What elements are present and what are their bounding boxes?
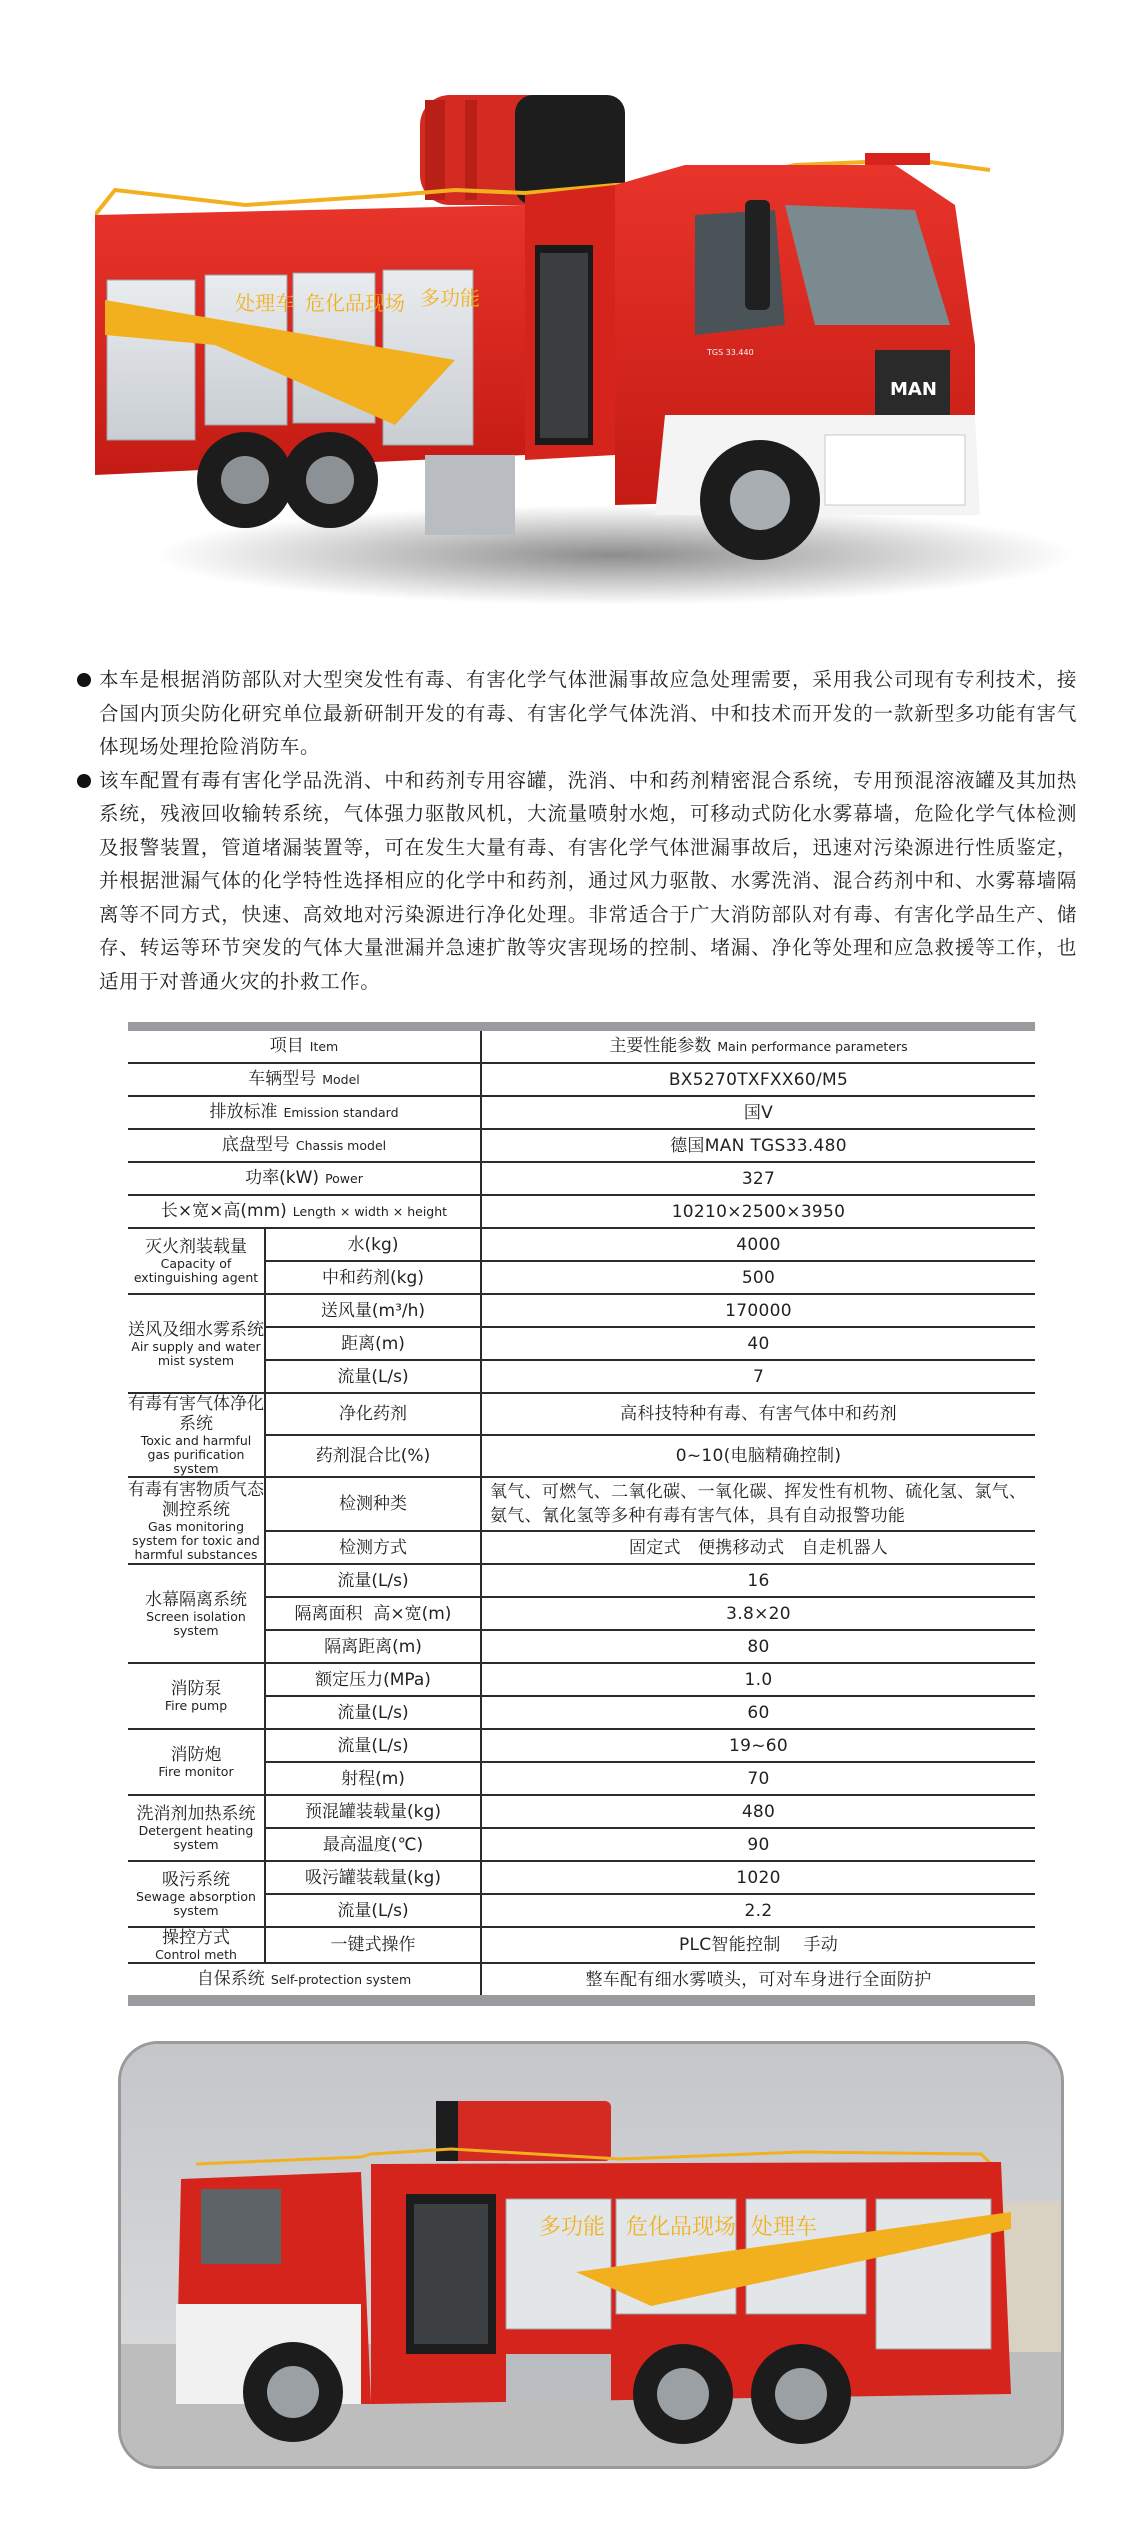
intro-paragraph-text: 该车配置有毒有害化学品洗消、中和药剂专用容罐，洗消、中和药剂精密混合系统，专用预… bbox=[99, 769, 1077, 993]
row-label-cn: 车辆型号 bbox=[248, 1069, 316, 1089]
row-label-en: Power bbox=[325, 1171, 363, 1186]
fire-truck-illustration: 处理车 危化品现场 多功能 MAN TGS 33.440 bbox=[95, 95, 1085, 605]
cab-badge: TGS 33.440 bbox=[706, 348, 754, 357]
table-row: 车辆型号Model BX5270TXFXX60/M5 bbox=[128, 1063, 1035, 1096]
row-label-en: Chassis model bbox=[296, 1138, 386, 1153]
sub-item: 药剂混合比(%) bbox=[265, 1435, 481, 1477]
bullet-icon bbox=[77, 774, 91, 788]
side-lettering: 处理车 bbox=[751, 2215, 817, 2240]
row-label-en: Length × width × height bbox=[293, 1204, 447, 1219]
group-label: 洗消剂加热系统Detergent heating system bbox=[128, 1795, 265, 1861]
sub-item: 流量(L/s) bbox=[265, 1696, 481, 1729]
row-value: 19~60 bbox=[481, 1729, 1035, 1762]
table-row: 送风及细水雾系统Air supply and water mist system… bbox=[128, 1294, 1035, 1327]
sub-item: 流量(L/s) bbox=[265, 1564, 481, 1597]
row-value: 90 bbox=[481, 1828, 1035, 1861]
group-label: 灭火剂装载量Capacity of extinguishing agent bbox=[128, 1228, 265, 1294]
row-value: 70 bbox=[481, 1762, 1035, 1795]
table-row: 吸污系统Sewage absorption system 吸污罐装载量(kg) … bbox=[128, 1861, 1035, 1894]
row-value: 10210×2500×3950 bbox=[481, 1195, 1035, 1228]
table-row: 隔离面积 高×宽(m) 3.8×20 bbox=[128, 1597, 1035, 1630]
row-value: 整车配有细水雾喷头，可对车身进行全面防护 bbox=[481, 1963, 1035, 1995]
row-value: 60 bbox=[481, 1696, 1035, 1729]
table-row: 水幕隔离系统Screen isolation system 流量(L/s) 16 bbox=[128, 1564, 1035, 1597]
table-row: 射程(m) 70 bbox=[128, 1762, 1035, 1795]
row-value: 1.0 bbox=[481, 1663, 1035, 1696]
spec-table: 项目Item 主要性能参数Main performance parameters… bbox=[128, 1022, 1035, 2006]
row-value: 1020 bbox=[481, 1861, 1035, 1894]
group-label: 消防炮Fire monitor bbox=[128, 1729, 265, 1795]
side-lettering: 危化品现场 bbox=[626, 2215, 736, 2240]
sub-item: 隔离面积 高×宽(m) bbox=[265, 1597, 481, 1630]
intro-paragraph: 该车配置有毒有害化学品洗消、中和药剂专用容罐，洗消、中和药剂精密混合系统，专用预… bbox=[77, 764, 1077, 999]
sub-item: 射程(m) bbox=[265, 1762, 481, 1795]
row-value: 480 bbox=[481, 1795, 1035, 1828]
row-value: 7 bbox=[481, 1360, 1035, 1393]
sub-item: 检测种类 bbox=[265, 1477, 481, 1531]
row-value: 80 bbox=[481, 1630, 1035, 1663]
row-label-en: Self-protection system bbox=[271, 1972, 411, 1987]
row-value: 0~10(电脑精确控制) bbox=[481, 1435, 1035, 1477]
sub-item: 流量(L/s) bbox=[265, 1360, 481, 1393]
sub-item: 额定压力(MPa) bbox=[265, 1663, 481, 1696]
row-value: 2.2 bbox=[481, 1894, 1035, 1927]
table-row: 最高温度(℃) 90 bbox=[128, 1828, 1035, 1861]
side-lettering: 多功能 bbox=[539, 2215, 605, 2240]
table-row: 有毒有害气体净化系统Toxic and harmful gas purifica… bbox=[128, 1393, 1035, 1435]
sub-item: 水(kg) bbox=[265, 1228, 481, 1261]
group-label: 操控方式Control meth bbox=[128, 1927, 265, 1963]
header-param-cn: 主要性能参数 bbox=[609, 1036, 711, 1056]
table-row: 药剂混合比(%) 0~10(电脑精确控制) bbox=[128, 1435, 1035, 1477]
table-row: 操控方式Control meth 一键式操作 PLC智能控制 手动 bbox=[128, 1927, 1035, 1963]
group-label: 消防泵Fire pump bbox=[128, 1663, 265, 1729]
table-bottom-bar bbox=[128, 1995, 1035, 2006]
header-item-cn: 项目 bbox=[270, 1036, 304, 1056]
header-param-en: Main performance parameters bbox=[717, 1039, 907, 1054]
table-row: 自保系统Self-protection system 整车配有细水雾喷头，可对车… bbox=[128, 1963, 1035, 1995]
row-value: 德国MAN TGS33.480 bbox=[481, 1129, 1035, 1162]
row-label-en: Model bbox=[322, 1072, 360, 1087]
row-value: 氧气、可燃气、二氧化碳、一氧化碳、挥发性有机物、硫化氢、氯气、氨气、氰化氢等多种… bbox=[481, 1477, 1035, 1531]
sub-item: 隔离距离(m) bbox=[265, 1630, 481, 1663]
row-value: 3.8×20 bbox=[481, 1597, 1035, 1630]
table-row: 消防炮Fire monitor 流量(L/s) 19~60 bbox=[128, 1729, 1035, 1762]
side-lettering: 多功能 bbox=[420, 286, 480, 310]
row-value: 40 bbox=[481, 1327, 1035, 1360]
table-header-row: 项目Item 主要性能参数Main performance parameters bbox=[128, 1031, 1035, 1063]
row-label-cn: 自保系统 bbox=[197, 1969, 265, 1989]
intro-paragraph: 本车是根据消防部队对大型突发性有毒、有害化学气体泄漏事故应急处理需要，采用我公司… bbox=[77, 663, 1077, 764]
table-row: 流量(L/s) 2.2 bbox=[128, 1894, 1035, 1927]
bullet-icon bbox=[77, 673, 91, 687]
table-row: 检测方式 固定式 便携移动式 自走机器人 bbox=[128, 1531, 1035, 1564]
row-value: PLC智能控制 手动 bbox=[481, 1927, 1035, 1963]
sub-item: 吸污罐装载量(kg) bbox=[265, 1861, 481, 1894]
sub-item: 检测方式 bbox=[265, 1531, 481, 1564]
group-label: 有毒有害气体净化系统Toxic and harmful gas purifica… bbox=[128, 1393, 265, 1477]
row-value: 327 bbox=[481, 1162, 1035, 1195]
sub-item: 预混罐装载量(kg) bbox=[265, 1795, 481, 1828]
truck-front-image: 处理车 危化品现场 多功能 MAN TGS 33.440 bbox=[95, 95, 1085, 605]
table-row: 灭火剂装载量Capacity of extinguishing agent 水(… bbox=[128, 1228, 1035, 1261]
group-label: 吸污系统Sewage absorption system bbox=[128, 1861, 265, 1927]
row-label-cn: 底盘型号 bbox=[222, 1135, 290, 1155]
row-value: 170000 bbox=[481, 1294, 1035, 1327]
man-logo: MAN bbox=[890, 379, 937, 400]
header-param: 主要性能参数Main performance parameters bbox=[481, 1031, 1035, 1063]
sub-item: 距离(m) bbox=[265, 1327, 481, 1360]
row-value: 高科技特种有毒、有害气体中和药剂 bbox=[481, 1393, 1035, 1435]
group-label: 有毒有害物质气态测控系统Gas monitoring system for to… bbox=[128, 1477, 265, 1564]
group-label: 送风及细水雾系统Air supply and water mist system bbox=[128, 1294, 265, 1393]
row-value: 国V bbox=[481, 1096, 1035, 1129]
sub-item: 流量(L/s) bbox=[265, 1729, 481, 1762]
table-row: 洗消剂加热系统Detergent heating system 预混罐装载量(k… bbox=[128, 1795, 1035, 1828]
table-row: 隔离距离(m) 80 bbox=[128, 1630, 1035, 1663]
header-item-en: Item bbox=[310, 1039, 338, 1054]
row-value: 16 bbox=[481, 1564, 1035, 1597]
row-value: 500 bbox=[481, 1261, 1035, 1294]
row-value: BX5270TXFXX60/M5 bbox=[481, 1063, 1035, 1096]
fire-truck-side-illustration: 多功能 危化品现场 处理车 bbox=[121, 2044, 1061, 2466]
row-label-cn: 长×宽×高(mm) bbox=[161, 1201, 287, 1221]
side-lettering: 危化品现场 bbox=[305, 291, 405, 315]
side-lettering: 处理车 bbox=[235, 291, 295, 315]
sub-item: 送风量(m³/h) bbox=[265, 1294, 481, 1327]
intro-section: 本车是根据消防部队对大型突发性有毒、有害化学气体泄漏事故应急处理需要，采用我公司… bbox=[77, 663, 1077, 998]
table-row: 流量(L/s) 60 bbox=[128, 1696, 1035, 1729]
row-value: 4000 bbox=[481, 1228, 1035, 1261]
table-row: 长×宽×高(mm)Length × width × height 10210×2… bbox=[128, 1195, 1035, 1228]
header-item: 项目Item bbox=[128, 1031, 481, 1063]
sub-item: 流量(L/s) bbox=[265, 1894, 481, 1927]
row-label-en: Emission standard bbox=[283, 1105, 398, 1120]
table-row: 距离(m) 40 bbox=[128, 1327, 1035, 1360]
sub-item: 净化药剂 bbox=[265, 1393, 481, 1435]
row-value: 固定式 便携移动式 自走机器人 bbox=[481, 1531, 1035, 1564]
row-label-cn: 功率(kW) bbox=[245, 1168, 319, 1188]
table-row: 中和药剂(kg) 500 bbox=[128, 1261, 1035, 1294]
group-label: 水幕隔离系统Screen isolation system bbox=[128, 1564, 265, 1663]
table-row: 流量(L/s) 7 bbox=[128, 1360, 1035, 1393]
sub-item: 一键式操作 bbox=[265, 1927, 481, 1963]
intro-paragraph-text: 本车是根据消防部队对大型突发性有毒、有害化学气体泄漏事故应急处理需要，采用我公司… bbox=[99, 668, 1077, 758]
table-row: 排放标准Emission standard 国V bbox=[128, 1096, 1035, 1129]
row-label-cn: 排放标准 bbox=[209, 1102, 277, 1122]
table-row: 消防泵Fire pump 额定压力(MPa) 1.0 bbox=[128, 1663, 1035, 1696]
table-top-bar bbox=[128, 1022, 1035, 1031]
table-row: 功率(kW)Power 327 bbox=[128, 1162, 1035, 1195]
truck-side-photo: 多功能 危化品现场 处理车 bbox=[118, 2041, 1064, 2469]
table-row: 有毒有害物质气态测控系统Gas monitoring system for to… bbox=[128, 1477, 1035, 1531]
sub-item: 中和药剂(kg) bbox=[265, 1261, 481, 1294]
table-row: 底盘型号Chassis model 德国MAN TGS33.480 bbox=[128, 1129, 1035, 1162]
sub-item: 最高温度(℃) bbox=[265, 1828, 481, 1861]
